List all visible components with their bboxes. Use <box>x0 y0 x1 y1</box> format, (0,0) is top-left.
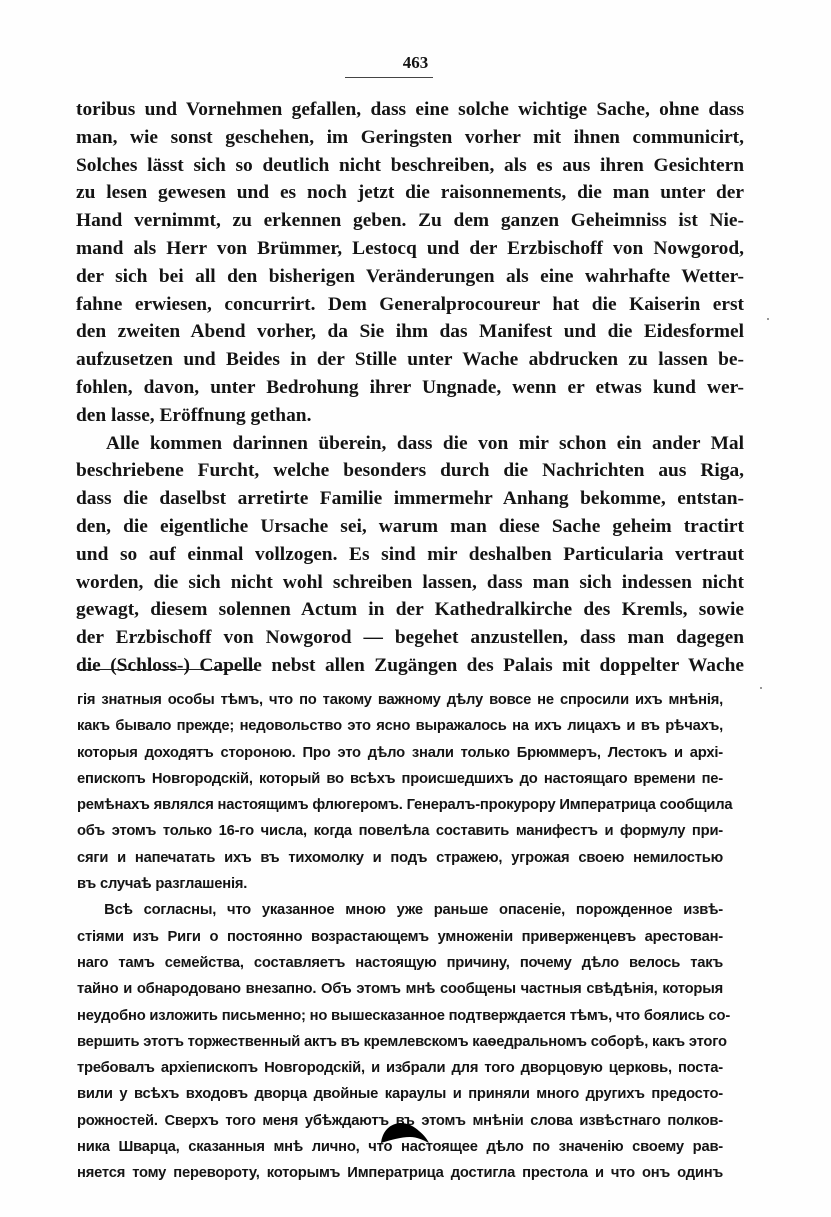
footnote-line: Всѣ согласны, что указанное мною уже ран… <box>77 897 723 923</box>
header-rule <box>345 77 433 79</box>
footnote-line: гія знатныя особы тѣмъ, что по такому ва… <box>77 687 723 713</box>
scanned-book-page: 463 toribus und Vornehmen gefallen, dass… <box>0 0 831 1217</box>
footnote-line: вили у всѣхъ входовъ дворца двойные кара… <box>77 1081 723 1107</box>
text-line: Solches lässt sich so deutlich nicht bes… <box>76 152 744 180</box>
footnote-line: сяги и напечатать ихъ въ тихомолку и под… <box>77 845 723 871</box>
text-line: den, die eigentliche Ursache sei, warum … <box>76 513 744 541</box>
footnote-line: епископъ Новгородскій, который во всѣхъ … <box>77 766 723 792</box>
text-line: die (Schloss-) Capelle nebst allen Zugän… <box>76 652 744 680</box>
text-line: Alle kommen darinnen überein, dass die v… <box>76 430 744 458</box>
text-line: dass die daselbst arretirte Familie imme… <box>76 485 744 513</box>
text-line: Hand vernimmt, zu erkennen geben. Zu dem… <box>76 207 744 235</box>
text-line: fohlen, davon, unter Bedrohung ihrer Ung… <box>76 374 744 402</box>
text-line: den lasse, Eröffnung gethan. <box>76 402 744 430</box>
text-line: gewagt, diesem solennen Actum in der Kat… <box>76 596 744 624</box>
text-line: der sich bei all den bisherigen Veränder… <box>76 263 744 291</box>
footnote-line: въ случаѣ разглашенія. <box>77 871 723 897</box>
text-line: fahne erwiesen, concurrirt. Dem Generalp… <box>76 291 744 319</box>
text-line: mand als Herr von Brümmer, Lestocq und d… <box>76 235 744 263</box>
footnote-line: вершить этотъ торжественный актъ въ крем… <box>77 1029 723 1055</box>
text-line: und so auf einmal vollzogen. Es sind mir… <box>76 541 744 569</box>
scan-speck <box>760 687 762 689</box>
footnote-line: наго тамъ семейства, составляетъ настоящ… <box>77 950 723 976</box>
ink-blot-mark <box>377 1121 431 1145</box>
page-number: 463 <box>0 53 831 73</box>
footnote-line: требовалъ архіепископъ Новгородскій, и и… <box>77 1055 723 1081</box>
text-line: worden, die sich nicht wohl schreiben la… <box>76 569 744 597</box>
footnote-line: стіями изъ Риги о постоянно возрастающем… <box>77 924 723 950</box>
footnote-separator-rule <box>77 669 255 670</box>
scan-speck <box>767 318 769 320</box>
footnote-line: объ этомъ только 16-го числа, когда пове… <box>77 818 723 844</box>
text-line: den zweiten Abend vorher, da Sie ihm das… <box>76 318 744 346</box>
footnote-line: ремѣнахъ являлся настоящимъ флюгеромъ. Г… <box>77 792 723 818</box>
text-line: aufzusetzen und Beides in der Stille unt… <box>76 346 744 374</box>
footnote-line: неудобно изложить письменно; но вышесказ… <box>77 1003 723 1029</box>
main-text-body: toribus und Vornehmen gefallen, dass ein… <box>76 96 744 680</box>
text-line: toribus und Vornehmen gefallen, dass ein… <box>76 96 744 124</box>
footnote-line: тайно и обнародовано внезапно. Объ этомъ… <box>77 976 723 1002</box>
text-line: zu lesen gewesen und es noch jetzt die r… <box>76 179 744 207</box>
footnote-body: гія знатныя особы тѣмъ, что по такому ва… <box>77 687 723 1187</box>
footnote-line: которыя доходятъ стороною. Про это дѣло … <box>77 740 723 766</box>
text-line: der Erzbischoff von Nowgorod — begehet a… <box>76 624 744 652</box>
footnote-line: какъ бывало прежде; недовольство это ясн… <box>77 713 723 739</box>
footnote-line: няется тому перевороту, которымъ Императ… <box>77 1160 723 1186</box>
text-line: beschriebene Furcht, welche besonders du… <box>76 457 744 485</box>
text-line: man, wie sonst geschehen, im Geringsten … <box>76 124 744 152</box>
